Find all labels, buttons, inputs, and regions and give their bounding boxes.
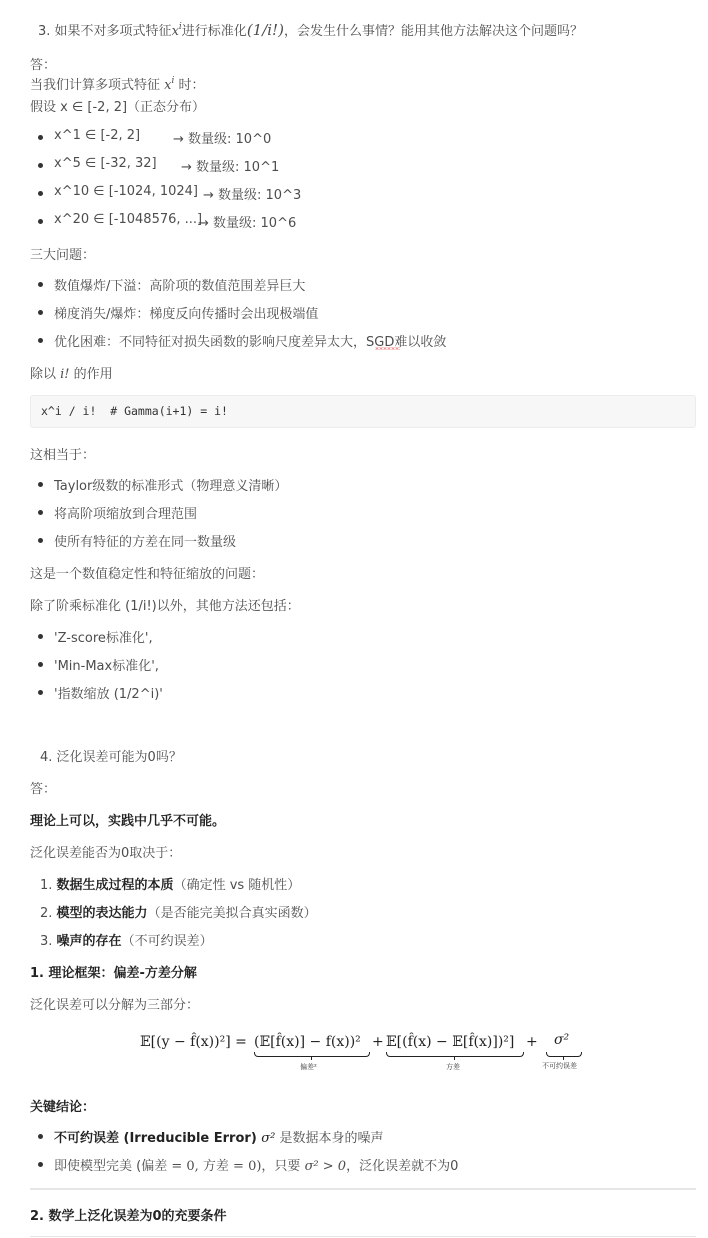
bullet-icon	[38, 163, 43, 168]
list-item: 2. 模型的表达能力（是否能完美拟合真实函数）	[40, 902, 317, 921]
list-item-result: → 数量级: 10^0	[173, 128, 271, 147]
list-item: 梯度消失/爆炸：梯度反向传播时会出现极端值	[54, 303, 318, 322]
bullet-icon	[38, 690, 43, 695]
summary-text: 这是一个数值稳定性和特征缩放的问题：	[30, 563, 264, 582]
list-item: Taylor级数的标准形式（物理意义清晰）	[54, 475, 287, 494]
list-item: 3. 噪声的存在（不可约误差）	[40, 930, 213, 949]
list-item-result: → 数量级: 10^3	[203, 184, 301, 203]
q4-bold-conclusion: 理论上可以，实践中几乎不可能。	[30, 810, 225, 829]
bullet-icon	[38, 538, 43, 543]
divider	[30, 1236, 696, 1237]
section2-heading: 2. 数学上泛化误差为0的充要条件	[30, 1205, 227, 1224]
q3-number: 3.	[38, 24, 50, 39]
q3-answer-label: 答：	[30, 54, 56, 73]
decomp-intro: 泛化误差可以分解为三部分：	[30, 994, 199, 1013]
list-item: 不可约误差 (Irreducible Error) σ² 是数据本身的噪声	[54, 1127, 384, 1146]
q4-number: 4.	[40, 750, 52, 765]
code-text: x^i / i! # Gamma(i+1) = i!	[41, 404, 228, 418]
bullet-icon	[38, 310, 43, 315]
bullet-icon	[38, 219, 43, 224]
q3-intro-line2: 假设 x ∈ [-2, 2]（正态分布）	[30, 96, 205, 115]
brace-bias	[254, 1052, 370, 1057]
bullet-icon	[38, 482, 43, 487]
list-item: x^5 ∈ [-32, 32]	[54, 156, 157, 171]
q3-intro-line1: 当我们计算多项式特征 xi 时：	[30, 74, 205, 93]
list-item-result: → 数量级: 10^1	[181, 156, 279, 175]
q3-title: 3. 如果不对多项式特征xi进行标准化(1/i!)，会发生什么事情？能用其他方法…	[38, 20, 583, 39]
list-item: x^10 ∈ [-1024, 1024]	[54, 184, 198, 199]
list-item: 'Min-Max标准化',	[54, 655, 159, 674]
code-block: x^i / i! # Gamma(i+1) = i!	[30, 395, 696, 428]
list-item: 1. 数据生成过程的本质（确定性 vs 随机性）	[40, 874, 300, 893]
list-item-result: → 数量级: 10^6	[198, 212, 296, 231]
list-item: 'Z-score标准化',	[54, 627, 153, 646]
list-item: 将高阶项缩放到合理范围	[54, 503, 197, 522]
list-item: '指数缩放 (1/2^i)'	[54, 683, 163, 702]
other-methods-heading: 除了阶乘标准化 (1/i!)以外，其他方法还包括：	[30, 595, 300, 614]
bullet-icon	[38, 338, 43, 343]
bias-variance-formula: 𝔼[(y − f̂(x))²] = (𝔼[f̂(x)] − f(x))² 偏差²…	[140, 1028, 590, 1074]
q4-title: 4. 泛化误差可能为0吗？	[40, 746, 182, 765]
brace-variance	[386, 1052, 524, 1057]
bullet-icon	[38, 1134, 43, 1139]
list-item: x^20 ∈ [-1048576, ...]	[54, 212, 202, 227]
problems-heading: 三大问题：	[30, 244, 95, 263]
bullet-icon	[38, 191, 43, 196]
bullet-icon	[38, 1162, 43, 1167]
bullet-icon	[38, 634, 43, 639]
list-item: x^1 ∈ [-2, 2]	[54, 128, 140, 143]
q4-answer-label: 答：	[30, 778, 56, 797]
depends-heading: 泛化误差能否为0取决于：	[30, 842, 181, 861]
spellcheck-underline	[375, 347, 400, 350]
equivalent-heading: 这相当于：	[30, 444, 95, 463]
bullet-icon	[38, 510, 43, 515]
bullet-icon	[38, 282, 43, 287]
divider	[30, 1188, 696, 1190]
list-item: 使所有特征的方差在同一数量级	[54, 531, 236, 550]
bullet-icon	[38, 662, 43, 667]
divide-heading: 除以 i! 的作用	[30, 363, 113, 382]
key-heading: 关键结论：	[30, 1096, 95, 1115]
list-item: 即使模型完美 (偏差 = 0, 方差 = 0)，只要 σ² > 0，泛化误差就不…	[54, 1155, 458, 1174]
list-item: 数值爆炸/下溢：高阶项的数值范围差异巨大	[54, 275, 305, 294]
bullet-icon	[38, 135, 43, 140]
section1-heading: 1. 理论框架：偏差-方差分解	[30, 962, 197, 981]
brace-noise	[546, 1052, 582, 1057]
